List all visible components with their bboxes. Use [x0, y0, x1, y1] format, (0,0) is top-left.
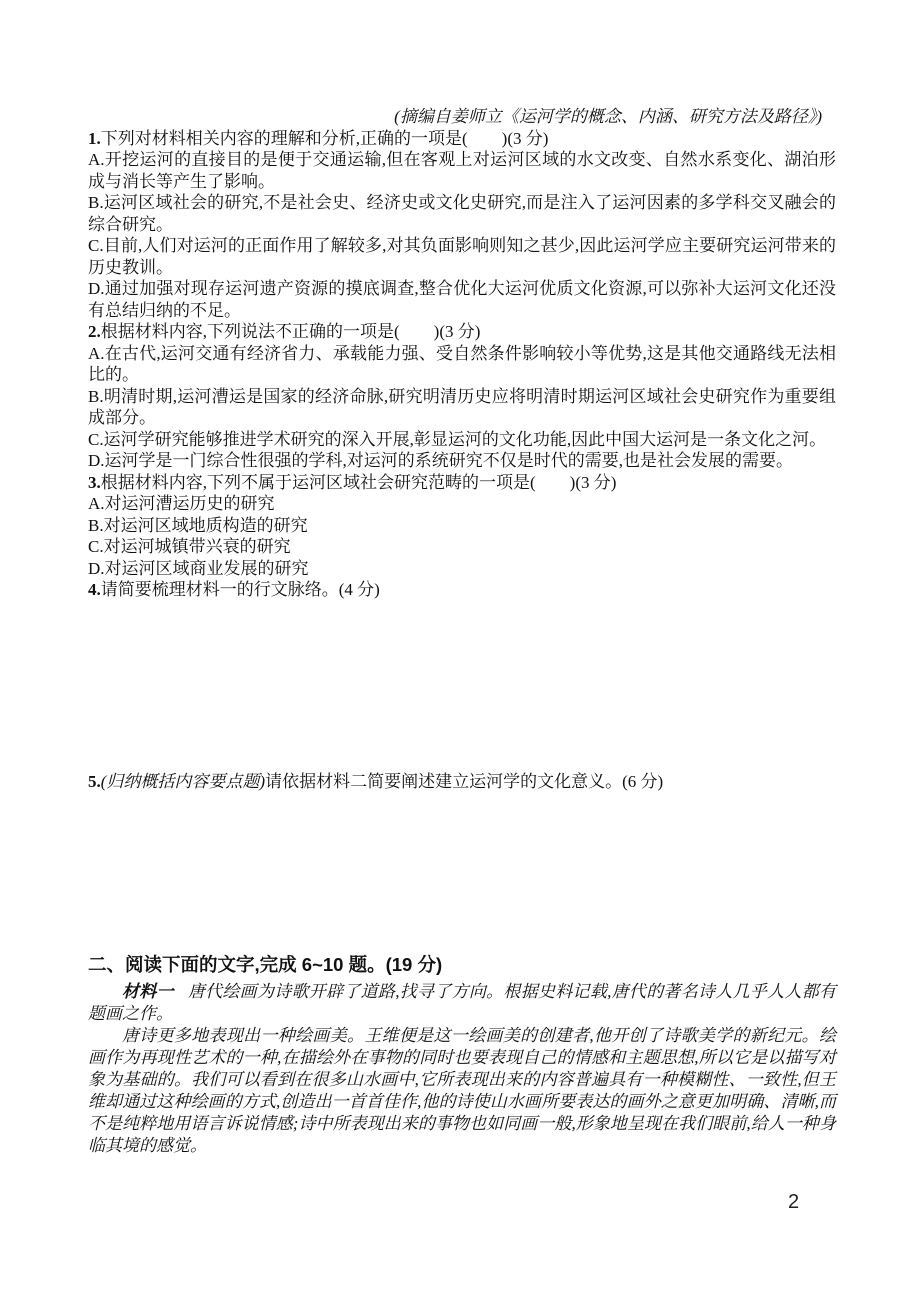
question-2-option-c: C.运河学研究能够推进学术研究的深入开展,彰显运河的文化功能,因此中国大运河是一…: [88, 429, 836, 451]
question-5-stem-text: 请依据材料二简要阐述建立运河学的文化意义。(6 分): [265, 772, 663, 791]
material-one: 材料一唐代绘画为诗歌开辟了道路,找寻了方向。根据史料记载,唐代的著名诗人几乎人人…: [88, 981, 836, 1157]
question-1: 1.下列对材料相关内容的理解和分析,正确的一项是( )(3 分) A.开挖运河的…: [88, 128, 836, 322]
source-attribution: (摘编自姜师立《运河学的概念、内涵、研究方法及路径》): [88, 106, 836, 128]
question-1-option-b: B.运河区域社会的研究,不是社会史、经济史或文化史研究,而是注入了运河因素的多学…: [88, 192, 836, 235]
question-2-option-a: A.在古代,运河交通有经济省力、承载能力强、受自然条件影响较小等优势,这是其他交…: [88, 343, 836, 386]
question-3-number: 3.: [88, 473, 101, 492]
question-4-stem: 4.请简要梳理材料一的行文脉络。(4 分): [88, 579, 836, 601]
question-3-option-b: B.对运河区域地质构造的研究: [88, 515, 836, 537]
question-1-option-d: D.通过加强对现存运河遗产资源的摸底调查,整合优化大运河优质文化资源,可以弥补大…: [88, 278, 836, 321]
section-two-heading: 二、阅读下面的文字,完成 6~10 题。(19 分): [88, 953, 836, 977]
question-2-stem-text: 根据材料内容,下列说法不正确的一项是( )(3 分): [101, 322, 481, 341]
question-2-option-d: D.运河学是一门综合性很强的学科,对运河的系统研究不仅是时代的需要,也是社会发展…: [88, 450, 836, 472]
question-5-stem: 5.(归纳概括内容要点题)请依据材料二简要阐述建立运河学的文化意义。(6 分): [88, 771, 836, 793]
answer-space-question-4: [88, 601, 836, 771]
question-3-stem: 3.根据材料内容,下列不属于运河区域社会研究范畴的一项是( )(3 分): [88, 472, 836, 494]
question-2-number: 2.: [88, 322, 101, 341]
exam-page: (摘编自姜师立《运河学的概念、内涵、研究方法及路径》) 1.下列对材料相关内容的…: [0, 0, 920, 1302]
exam-content: (摘编自姜师立《运河学的概念、内涵、研究方法及路径》) 1.下列对材料相关内容的…: [88, 106, 836, 1157]
question-5: 5.(归纳概括内容要点题)请依据材料二简要阐述建立运河学的文化意义。(6 分): [88, 771, 836, 954]
question-4-number: 4.: [88, 580, 101, 599]
material-one-paragraph-2: 唐诗更多地表现出一种绘画美。王维便是这一绘画美的创建者,他开创了诗歌美学的新纪元…: [88, 1025, 836, 1157]
question-1-stem-text: 下列对材料相关内容的理解和分析,正确的一项是( )(3 分): [101, 129, 549, 148]
question-3-stem-text: 根据材料内容,下列不属于运河区域社会研究范畴的一项是( )(3 分): [101, 473, 617, 492]
question-3-option-c: C.对运河城镇带兴衰的研究: [88, 536, 836, 558]
question-1-option-c: C.目前,人们对运河的正面作用了解较多,对其负面影响则知之甚少,因此运河学应主要…: [88, 235, 836, 278]
question-1-option-a: A.开挖运河的直接目的是便于交通运输,但在客观上对运河区域的水文改变、自然水系变…: [88, 149, 836, 192]
material-one-label: 材料一: [122, 982, 174, 1001]
question-1-stem: 1.下列对材料相关内容的理解和分析,正确的一项是( )(3 分): [88, 128, 836, 150]
answer-space-question-5: [88, 792, 836, 953]
question-3: 3.根据材料内容,下列不属于运河区域社会研究范畴的一项是( )(3 分) A.对…: [88, 472, 836, 580]
question-4-stem-text: 请简要梳理材料一的行文脉络。(4 分): [101, 580, 380, 599]
material-one-paragraph-1: 材料一唐代绘画为诗歌开辟了道路,找寻了方向。根据史料记载,唐代的著名诗人几乎人人…: [88, 981, 836, 1025]
question-4: 4.请简要梳理材料一的行文脉络。(4 分): [88, 579, 836, 771]
question-3-option-d: D.对运河区域商业发展的研究: [88, 558, 836, 580]
question-2-option-b: B.明清时期,运河漕运是国家的经济命脉,研究明清历史应将明清时期运河区域社会史研…: [88, 386, 836, 429]
material-one-paragraph-1-text: 唐代绘画为诗歌开辟了道路,找寻了方向。根据史料记载,唐代的著名诗人几乎人人都有题…: [88, 982, 836, 1023]
page-number: 2: [788, 1190, 799, 1214]
question-3-option-a: A.对运河漕运历史的研究: [88, 493, 836, 515]
question-2-stem: 2.根据材料内容,下列说法不正确的一项是( )(3 分): [88, 321, 836, 343]
question-5-type-tag: (归纳概括内容要点题): [101, 772, 265, 791]
question-1-number: 1.: [88, 129, 101, 148]
question-5-number: 5.: [88, 772, 101, 791]
question-2: 2.根据材料内容,下列说法不正确的一项是( )(3 分) A.在古代,运河交通有…: [88, 321, 836, 472]
